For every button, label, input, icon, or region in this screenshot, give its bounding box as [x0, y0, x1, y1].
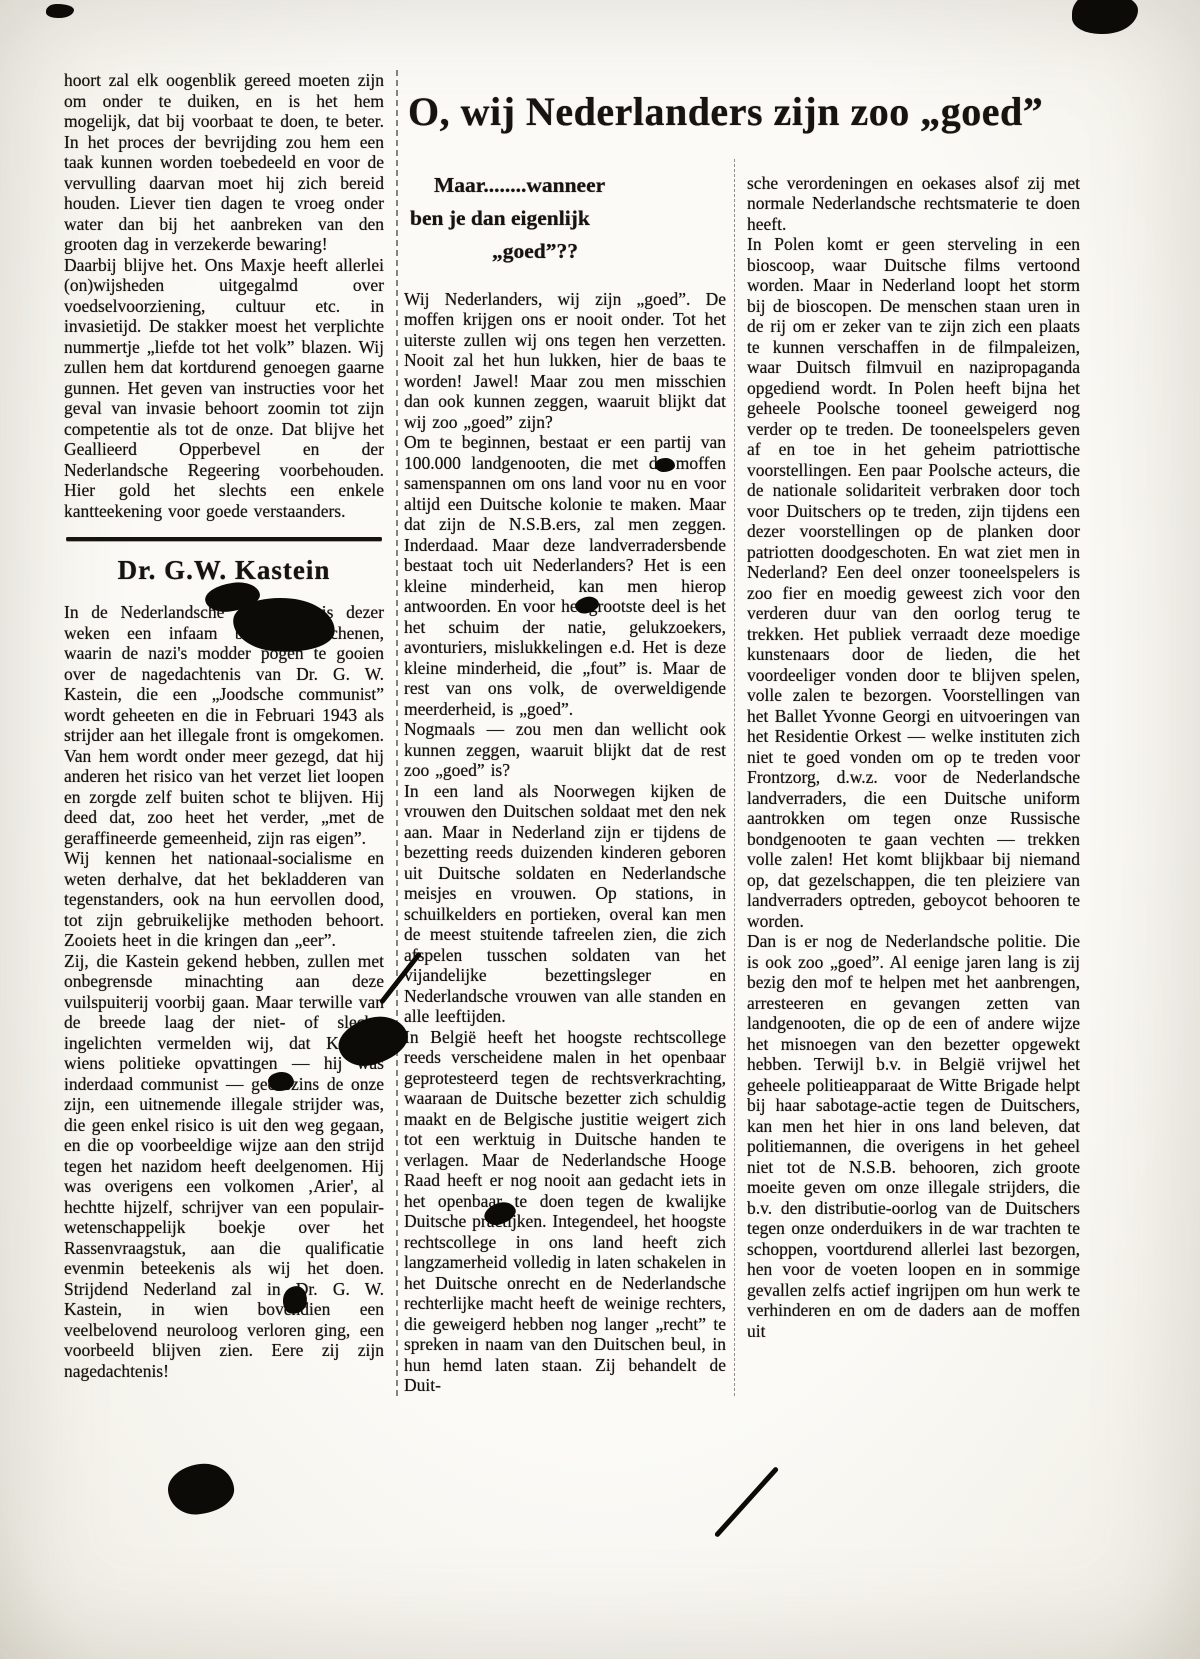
left-paragraph-2: Daarbij blijve het. Ons Maxje heeft alle…	[64, 255, 384, 522]
right-paragraph-1: sche verordeningen en oekases alsof zij …	[747, 173, 1080, 235]
article-columns: Maar........wanneer ben je dan eigenlijk…	[404, 159, 1080, 1396]
left-paragraph-3: In de Nederlandsche dagbladen is dezer w…	[64, 602, 384, 848]
article-main: O, wij Nederlanders zijn zoo „goed” Maar…	[404, 70, 1080, 1396]
article-subhead: Maar........wanneer ben je dan eigenlijk…	[404, 169, 726, 269]
newspaper-page: hoort zal elk oogenblik gereed moeten zi…	[0, 0, 1200, 1659]
middle-paragraph-5: In België heeft het hoogste rechtscolleg…	[404, 1027, 726, 1396]
ink-blot	[1072, 0, 1138, 34]
left-paragraph-5: Zij, die Kastein gekend hebben, zullen m…	[64, 951, 384, 1382]
section-divider-rule	[66, 537, 382, 541]
right-paragraph-2: In Polen komt er geen sterveling in een …	[747, 234, 1080, 931]
ink-blot	[166, 1461, 236, 1517]
right-paragraph-3: Dan is er nog de Nederlandsche politie. …	[747, 931, 1080, 1341]
page-content: hoort zal elk oogenblik gereed moeten zi…	[64, 70, 1080, 1396]
left-paragraph-4: Wij kennen het nationaal-socialisme en w…	[64, 848, 384, 951]
ink-blot	[46, 4, 74, 18]
middle-column: Maar........wanneer ben je dan eigenlijk…	[404, 159, 735, 1396]
middle-paragraph-2: Om te beginnen, bestaat er een partij va…	[404, 432, 726, 719]
pen-stroke	[714, 1466, 779, 1538]
left-paragraph-1: hoort zal elk oogenblik gereed moeten zi…	[64, 70, 384, 255]
middle-paragraph-1: Wij Nederlanders, wij zijn „goed”. De mo…	[404, 289, 726, 433]
middle-paragraph-3: Nogmaals — zou men dan wellicht ook kunn…	[404, 719, 726, 781]
article-headline: O, wij Nederlanders zijn zoo „goed”	[408, 90, 1080, 135]
subhead-line-1: Maar........wanneer	[404, 169, 726, 202]
section-title-kastein: Dr. G.W. Kastein	[64, 555, 384, 586]
subhead-line-2: ben je dan eigenlijk	[404, 202, 726, 235]
right-column: sche verordeningen en oekases alsof zij …	[735, 159, 1080, 1396]
subhead-line-3: „goed”??	[404, 235, 666, 268]
left-column: hoort zal elk oogenblik gereed moeten zi…	[64, 70, 398, 1396]
middle-paragraph-4: In een land als Noorwegen kijken de vrou…	[404, 781, 726, 1027]
